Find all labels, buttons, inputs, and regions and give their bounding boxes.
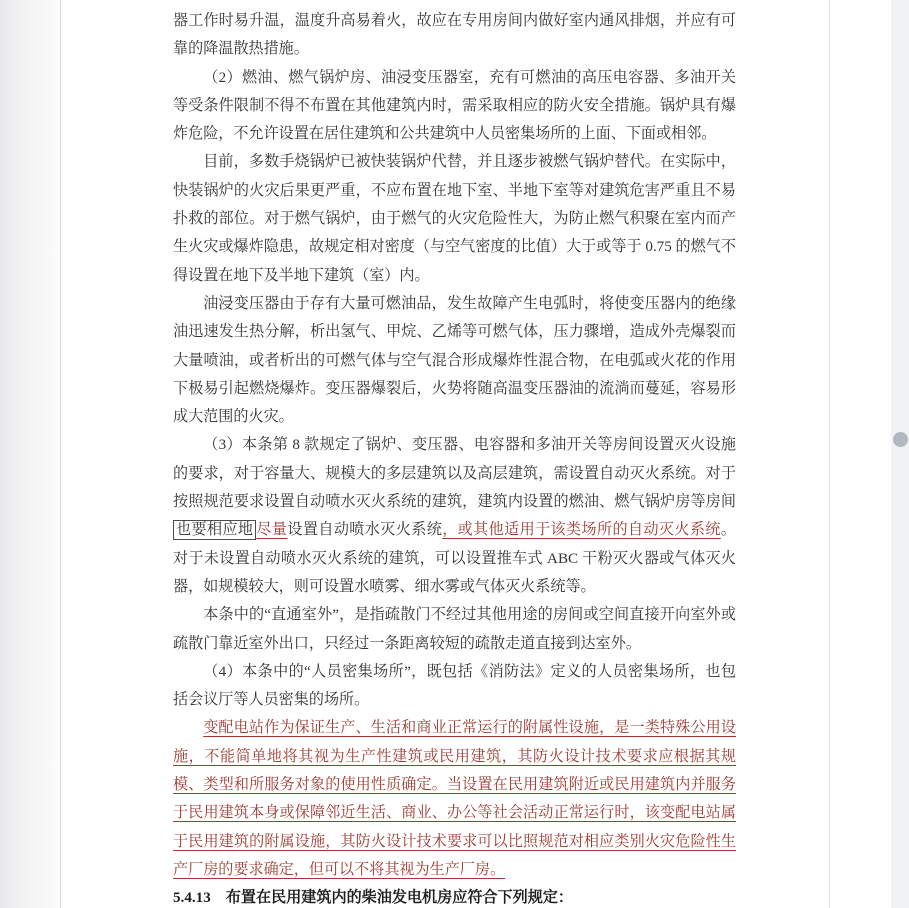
paragraph-text: （3）本条第 8 款规定了锅炉、变压器、电容器和多油开关等房间设置灭火设施的要求… <box>173 437 736 510</box>
page-edge-right <box>829 0 830 908</box>
document-viewer: 器工作时易升温，温度升高易着火，故应在专用房间内做好室内通风排烟，并应有可靠的降… <box>0 0 909 908</box>
scrollbar-thumb[interactable] <box>893 432 908 447</box>
paragraph: 变配电站作为保证生产、生活和商业正常运行的附属性设施，是一类特殊公用设施，不能简… <box>173 714 736 884</box>
document-paragraphs: 器工作时易升温，温度升高易着火，故应在专用房间内做好室内通风排烟，并应有可靠的降… <box>173 7 736 908</box>
paragraph-text: 器工作时易升温，温度升高易着火，故应在专用房间内做好室内通风排烟，并应有可靠的降… <box>173 13 736 57</box>
boxed-annotation-text: 也要相应地 <box>173 520 256 540</box>
paragraph: （4）本条中的“人员密集场所”，既包括《消防法》定义的人员密集场所，也包括会议厅… <box>173 658 736 715</box>
paragraph-text: 设置自动喷水灭火系统 <box>287 522 442 538</box>
paragraph: 油浸变压器由于存有大量可燃油品，发生故障产生电弧时，将使变压器内的绝缘油迅速发生… <box>173 290 736 431</box>
paragraph: 器工作时易升温，温度升高易着火，故应在专用房间内做好室内通风排烟，并应有可靠的降… <box>173 7 736 64</box>
scrollbar-track[interactable] <box>891 0 909 908</box>
paragraph-text: 目前，多数手烧锅炉已被快装锅炉代替，并且逐步被燃气锅炉替代。在实际中，快装锅炉的… <box>173 154 736 283</box>
revision-red-text: ，或其他适用于该类场所的自动灭火系统 <box>442 522 721 538</box>
paragraph: （3）本条第 8 款规定了锅炉、变压器、电容器和多油开关等房间设置灭火设施的要求… <box>173 431 736 601</box>
paragraph-text: （2）燃油、燃气锅炉房、油浸变压器室，充有可燃油的高压电容器、多油开关等受条件限… <box>173 70 736 143</box>
paragraph: 目前，多数手烧锅炉已被快装锅炉代替，并且逐步被燃气锅炉替代。在实际中，快装锅炉的… <box>173 148 736 289</box>
paragraph: 5.4.13 布置在民用建筑内的柴油发电机房应符合下列规定： <box>173 884 736 908</box>
page-shadow-left <box>0 0 61 908</box>
paragraph-text: 油浸变压器由于存有大量可燃油品，发生故障产生电弧时，将使变压器内的绝缘油迅速发生… <box>173 296 736 425</box>
paragraph-text: （4）本条中的“人员密集场所”，既包括《消防法》定义的人员密集场所，也包括会议厅… <box>173 664 736 708</box>
paragraph-text: 本条中的“直通室外”，是指疏散门不经过其他用途的房间或空间直接开向室外或疏散门靠… <box>173 607 736 651</box>
revision-red-text: 变配电站作为保证生产、生活和商业正常运行的附属性设施，是一类特殊公用设施，不能简… <box>173 720 736 877</box>
paragraph: （2）燃油、燃气锅炉房、油浸变压器室，充有可燃油的高压电容器、多油开关等受条件限… <box>173 64 736 149</box>
revision-red-text: 尽量 <box>256 522 287 538</box>
paragraph: 本条中的“直通室外”，是指疏散门不经过其他用途的房间或空间直接开向室外或疏散门靠… <box>173 601 736 658</box>
clause-heading-text: 5.4.13 布置在民用建筑内的柴油发电机房应符合下列规定： <box>173 890 573 906</box>
